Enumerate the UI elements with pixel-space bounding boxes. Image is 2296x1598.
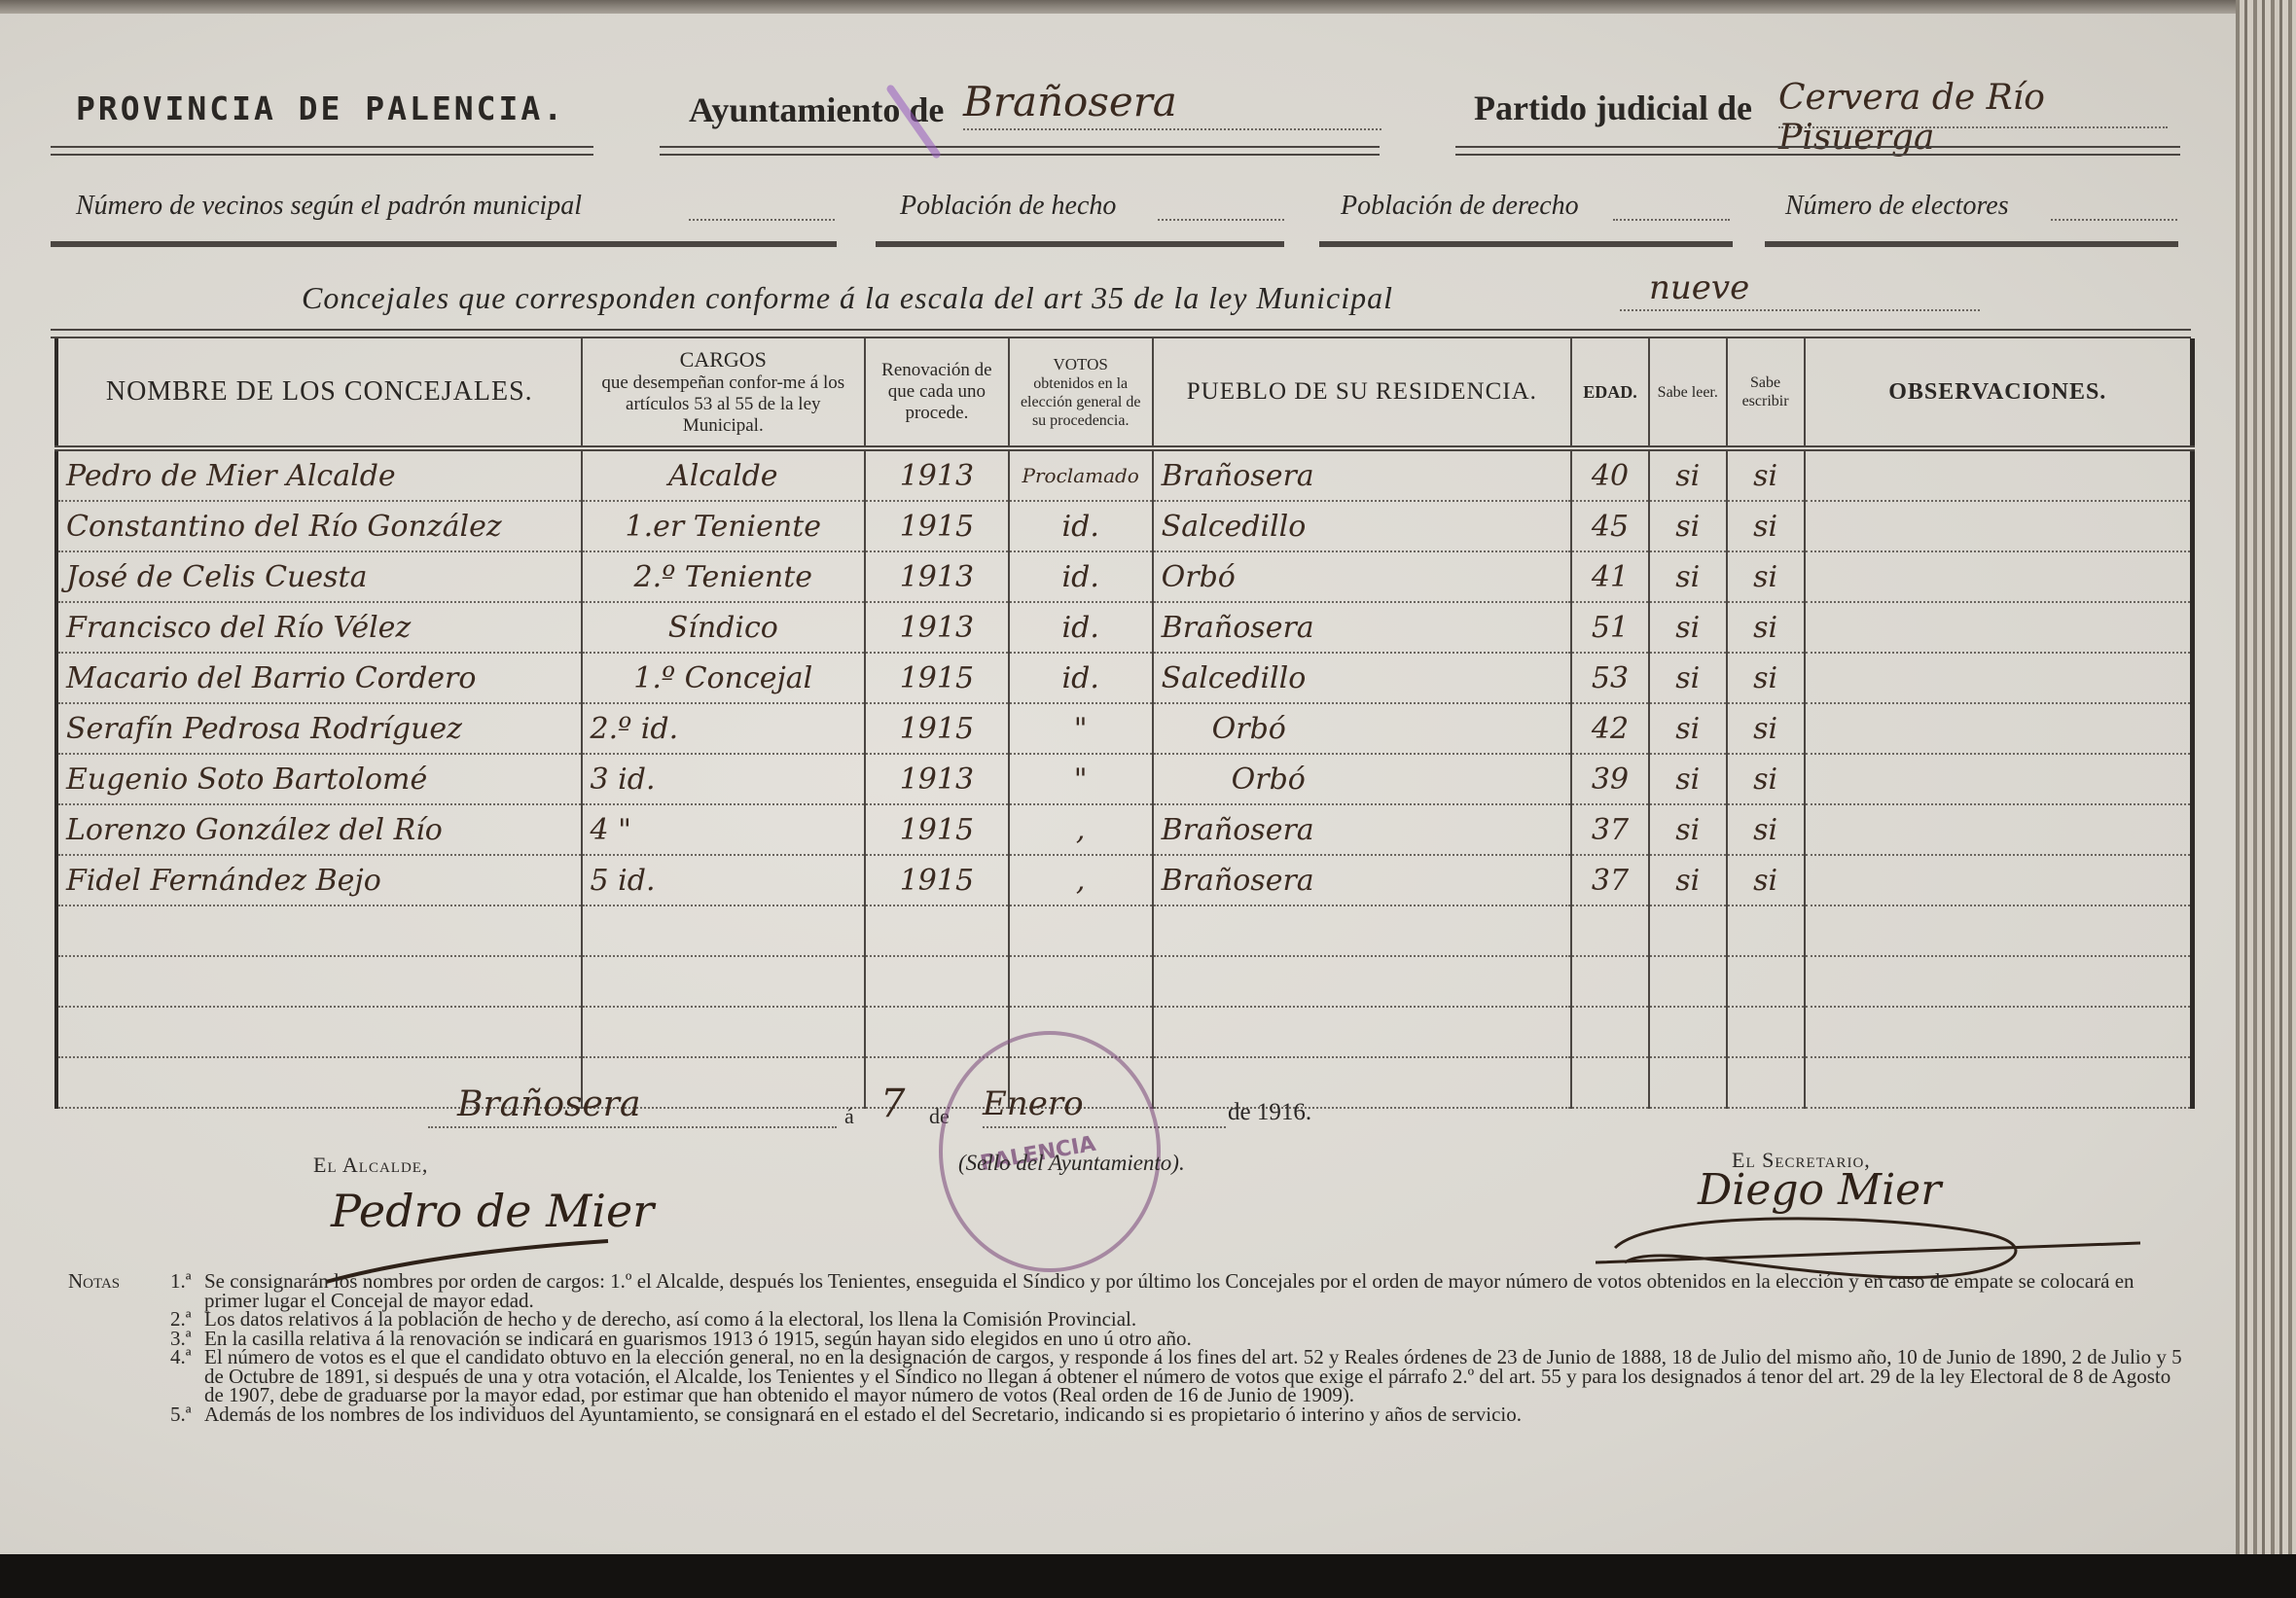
poblacion-derecho-field[interactable]: [1613, 219, 1730, 221]
table-row-empty: [56, 956, 2193, 1007]
cell-edad: [1571, 906, 1649, 956]
cell-observaciones: [1805, 804, 2193, 855]
cell-renovacion: 1913: [865, 602, 1009, 653]
table-row: José de Celis Cuesta 2.º Teniente 1913 i…: [56, 551, 2193, 602]
cell-edad: [1571, 1057, 1649, 1108]
cell-nombre: [56, 956, 582, 1007]
cell-nombre: Fidel Fernández Bejo: [56, 855, 582, 906]
notes-section: Notas 1.ª Se consignarán los nombres por…: [68, 1272, 2189, 1424]
cell-leer: si: [1649, 653, 1727, 703]
cell-pueblo: Salcedillo: [1153, 501, 1571, 551]
cell-escribir: si: [1727, 855, 1805, 906]
cell-leer: si: [1649, 855, 1727, 906]
cell-cargo: [582, 1007, 866, 1057]
table-row: Macario del Barrio Cordero 1.º Concejal …: [56, 653, 2193, 703]
cell-renovacion: [865, 906, 1009, 956]
cell-renovacion: 1913: [865, 754, 1009, 804]
table-row: Eugenio Soto Bartolomé 3 id. 1913 " Orbó…: [56, 754, 2193, 804]
cell-edad: [1571, 1007, 1649, 1057]
cell-escribir: [1727, 1007, 1805, 1057]
book-top-edge: [0, 0, 2296, 14]
col-nombre: NOMBRE DE LOS CONCEJALES.: [56, 338, 582, 448]
col-cargos: CARGOS que desempeñan confor-me á los ar…: [582, 338, 866, 448]
cell-observaciones: [1805, 855, 2193, 906]
concejales-table: NOMBRE DE LOS CONCEJALES. CARGOS que des…: [54, 338, 2195, 1109]
cell-edad: 45: [1571, 501, 1649, 551]
cell-edad: 40: [1571, 448, 1649, 501]
cell-observaciones: [1805, 501, 2193, 551]
partido-label: Partido judicial de: [1474, 88, 1752, 128]
divider: [1455, 146, 2180, 156]
cell-cargo: 1.º Concejal: [582, 653, 866, 703]
cell-escribir: si: [1727, 804, 1805, 855]
table-row: Fidel Fernández Bejo 5 id. 1915 , Braños…: [56, 855, 2193, 906]
cell-escribir: si: [1727, 551, 1805, 602]
cell-nombre: Pedro de Mier Alcalde: [56, 448, 582, 501]
cell-pueblo: Brañosera: [1153, 448, 1571, 501]
cell-pueblo: [1153, 906, 1571, 956]
cell-votos: id.: [1009, 602, 1153, 653]
cell-edad: 53: [1571, 653, 1649, 703]
cell-cargo: 5 id.: [582, 855, 866, 906]
col-edad: EDAD.: [1571, 338, 1649, 448]
cell-pueblo: Brañosera: [1153, 602, 1571, 653]
cell-leer: [1649, 1007, 1727, 1057]
cell-leer: si: [1649, 602, 1727, 653]
table-row-empty: [56, 1007, 2193, 1057]
cell-edad: 51: [1571, 602, 1649, 653]
cell-cargo: Síndico: [582, 602, 866, 653]
cell-nombre: [56, 1007, 582, 1057]
background-shadow: [0, 1554, 2296, 1598]
poblacion-derecho-label: Población de derecho: [1341, 191, 1579, 222]
cell-votos: id.: [1009, 551, 1153, 602]
cell-leer: si: [1649, 804, 1727, 855]
table-header-row: NOMBRE DE LOS CONCEJALES. CARGOS que des…: [56, 338, 2193, 448]
cell-pueblo: Brañosera: [1153, 804, 1571, 855]
vecinos-label: Número de vecinos según el padrón munici…: [76, 191, 582, 222]
cell-votos: ": [1009, 703, 1153, 754]
ayuntamiento-value: Brañosera: [963, 78, 1381, 130]
cell-nombre: Francisco del Río Vélez: [56, 602, 582, 653]
footer-a: á: [844, 1104, 854, 1129]
cell-nombre: [56, 906, 582, 956]
cell-renovacion: 1913: [865, 448, 1009, 501]
cell-renovacion: 1913: [865, 551, 1009, 602]
cell-escribir: si: [1727, 448, 1805, 501]
divider: [51, 329, 2191, 338]
note-item: 4.ª El número de votos es el que el cand…: [68, 1348, 2189, 1405]
cell-renovacion: 1915: [865, 855, 1009, 906]
cell-votos: id.: [1009, 501, 1153, 551]
col-observaciones: OBSERVACIONES.: [1805, 338, 2193, 448]
cell-votos: [1009, 906, 1153, 956]
cell-leer: [1649, 1057, 1727, 1108]
cell-observaciones: [1805, 1057, 2193, 1108]
table-row: Francisco del Río Vélez Síndico 1913 id.…: [56, 602, 2193, 653]
poblacion-hecho-field[interactable]: [1158, 219, 1284, 221]
sello-label: (Sello del Ayuntamiento).: [958, 1151, 1185, 1176]
cell-escribir: si: [1727, 501, 1805, 551]
cell-nombre: Macario del Barrio Cordero: [56, 653, 582, 703]
divider: [1319, 241, 1733, 247]
col-votos: VOTOS obtenidos en la elección general d…: [1009, 338, 1153, 448]
cell-observaciones: [1805, 703, 2193, 754]
book-page-edges: [2236, 0, 2296, 1556]
cell-cargo: [582, 956, 866, 1007]
concejales-label: Concejales que corresponden conforme á l…: [302, 280, 1393, 316]
col-renovacion: Renovación de que cada uno procede.: [865, 338, 1009, 448]
concejales-value: nueve: [1620, 268, 1980, 311]
cell-edad: 41: [1571, 551, 1649, 602]
electores-label: Número de electores: [1785, 191, 2009, 222]
divider: [51, 146, 593, 156]
cell-pueblo: Orbó: [1153, 551, 1571, 602]
footer-day: 7: [880, 1082, 905, 1126]
cell-pueblo: Salcedillo: [1153, 653, 1571, 703]
cell-observaciones: [1805, 1007, 2193, 1057]
cell-leer: [1649, 906, 1727, 956]
electores-field[interactable]: [2051, 219, 2177, 221]
cell-edad: 37: [1571, 804, 1649, 855]
cell-nombre: Eugenio Soto Bartolomé: [56, 754, 582, 804]
cell-nombre: Constantino del Río González: [56, 501, 582, 551]
cell-escribir: si: [1727, 754, 1805, 804]
cell-leer: si: [1649, 754, 1727, 804]
cell-pueblo: [1153, 1007, 1571, 1057]
cell-leer: si: [1649, 501, 1727, 551]
divider: [1765, 241, 2178, 247]
cell-votos: ,: [1009, 855, 1153, 906]
cell-escribir: si: [1727, 703, 1805, 754]
cell-cargo: 1.er Teniente: [582, 501, 866, 551]
divider: [51, 241, 837, 247]
cell-observaciones: [1805, 653, 2193, 703]
cell-escribir: [1727, 956, 1805, 1007]
table-row: Lorenzo González del Río 4 " 1915 , Brañ…: [56, 804, 2193, 855]
cell-votos: id.: [1009, 653, 1153, 703]
footer-year: de 1916.: [1228, 1099, 1311, 1126]
divider: [660, 146, 1380, 156]
table-row: Constantino del Río González 1.er Tenien…: [56, 501, 2193, 551]
cell-escribir: si: [1727, 653, 1805, 703]
cell-escribir: [1727, 906, 1805, 956]
cell-pueblo: Orbó: [1153, 703, 1571, 754]
cell-renovacion: 1915: [865, 703, 1009, 754]
cell-observaciones: [1805, 448, 2193, 501]
cell-votos: ,: [1009, 804, 1153, 855]
cell-votos: [1009, 956, 1153, 1007]
note-item: 5.ª Además de los nombres de los individ…: [68, 1405, 2189, 1425]
cell-nombre: José de Celis Cuesta: [56, 551, 582, 602]
alcalde-signature: Pedro de Mier: [331, 1185, 654, 1237]
cell-renovacion: 1915: [865, 501, 1009, 551]
note-item: Notas 1.ª Se consignarán los nombres por…: [68, 1272, 2189, 1310]
notes-label: Notas: [68, 1272, 170, 1310]
divider: [876, 241, 1284, 247]
vecinos-field[interactable]: [689, 219, 835, 221]
cell-leer: si: [1649, 551, 1727, 602]
poblacion-hecho-label: Población de hecho: [900, 191, 1116, 222]
col-leer: Sabe leer.: [1649, 338, 1727, 448]
cell-edad: 42: [1571, 703, 1649, 754]
cell-observaciones: [1805, 956, 2193, 1007]
cell-leer: [1649, 956, 1727, 1007]
cell-renovacion: [865, 1007, 1009, 1057]
cell-cargo: Alcalde: [582, 448, 866, 501]
alcalde-label: El Alcalde,: [313, 1153, 428, 1178]
cell-votos: Proclamado: [1009, 448, 1153, 501]
cell-pueblo: [1153, 956, 1571, 1007]
cell-escribir: [1727, 1057, 1805, 1108]
cell-observaciones: [1805, 551, 2193, 602]
place-line: [428, 1126, 837, 1128]
cell-pueblo: [1153, 1057, 1571, 1108]
partido-value: Cervera de Río Pisuerga: [1778, 78, 2168, 128]
cell-votos: ": [1009, 754, 1153, 804]
col-escribir: Sabe escribir: [1727, 338, 1805, 448]
footer-place: Brañosera: [457, 1084, 640, 1124]
cell-observaciones: [1805, 906, 2193, 956]
cell-edad: [1571, 956, 1649, 1007]
cell-observaciones: [1805, 754, 2193, 804]
cell-cargo: [582, 906, 866, 956]
cell-edad: 37: [1571, 855, 1649, 906]
cell-nombre: Serafín Pedrosa Rodríguez: [56, 703, 582, 754]
cell-observaciones: [1805, 602, 2193, 653]
cell-renovacion: [865, 956, 1009, 1007]
cell-cargo: 4 ": [582, 804, 866, 855]
cell-renovacion: 1915: [865, 804, 1009, 855]
cell-cargo: 2.º id.: [582, 703, 866, 754]
cell-cargo: 3 id.: [582, 754, 866, 804]
cell-pueblo: Brañosera: [1153, 855, 1571, 906]
cell-leer: si: [1649, 703, 1727, 754]
table-row-empty: [56, 906, 2193, 956]
province-title: PROVINCIA DE PALENCIA.: [76, 89, 565, 127]
cell-leer: si: [1649, 448, 1727, 501]
cell-nombre: Lorenzo González del Río: [56, 804, 582, 855]
cell-renovacion: 1915: [865, 653, 1009, 703]
col-pueblo: PUEBLO DE SU RESIDENCIA.: [1153, 338, 1571, 448]
table-row: Serafín Pedrosa Rodríguez 2.º id. 1915 "…: [56, 703, 2193, 754]
cell-escribir: si: [1727, 602, 1805, 653]
cell-cargo: 2.º Teniente: [582, 551, 866, 602]
table-row: Pedro de Mier Alcalde Alcalde 1913 Procl…: [56, 448, 2193, 501]
cell-edad: 39: [1571, 754, 1649, 804]
cell-pueblo: Orbó: [1153, 754, 1571, 804]
